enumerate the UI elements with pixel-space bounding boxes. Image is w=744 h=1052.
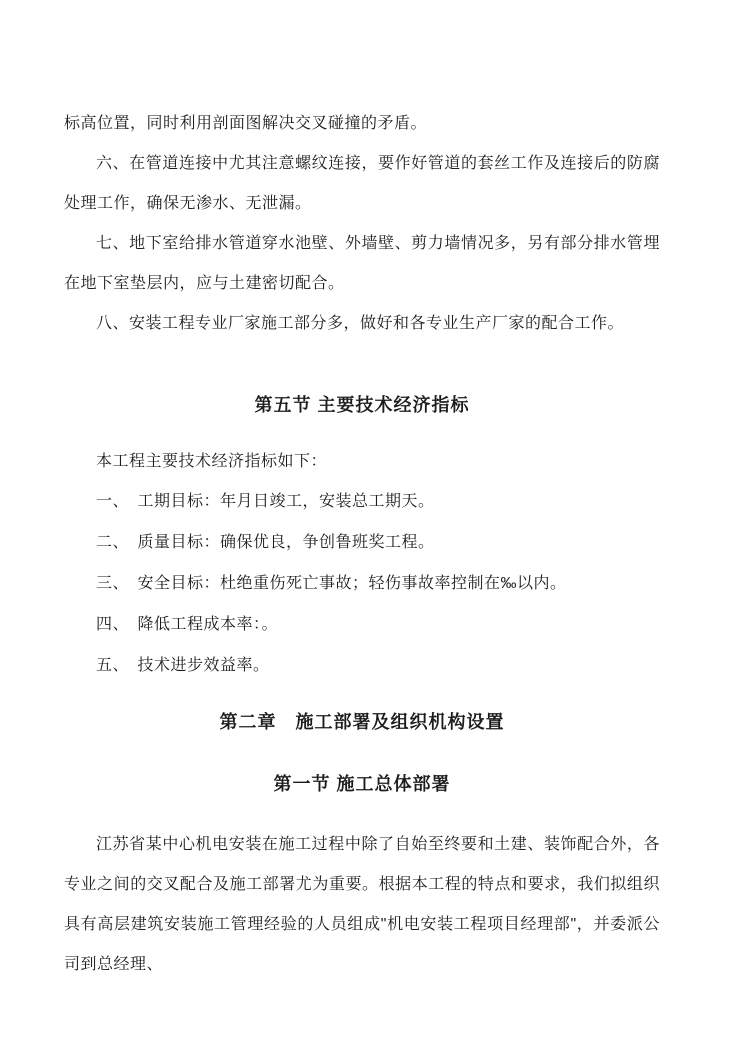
list-item-4: 四、 降低工程成本率：。 (64, 605, 660, 645)
paragraph-indicators-intro: 本工程主要技术经济指标如下： (64, 442, 660, 482)
paragraph-item-six: 六、在管道连接中尤其注意螺纹连接，要作好管道的套丝工作及连接后的防腐处理工作，确… (64, 144, 660, 224)
paragraph-deployment: 江苏省某中心机电安装在施工过程中除了自始至终要和土建、装饰配合外，各专业之间的交… (64, 825, 660, 985)
list-item-2: 二、 质量目标：确保优良，争创鲁班奖工程。 (64, 523, 660, 563)
paragraph-item-seven: 七、地下室给排水管道穿水池壁、外墙壁、剪力墙情况多，另有部分排水管埋在地下室垫层… (64, 224, 660, 304)
list-item-1: 一、 工期目标：年月日竣工，安装总工期天。 (64, 482, 660, 522)
document-page: 标高位置，同时利用剖面图解决交叉碰撞的矛盾。 六、在管道连接中尤其注意螺纹连接，… (0, 0, 744, 1052)
paragraph-item-eight: 八、安装工程专业厂家施工部分多，做好和各专业生产厂家的配合工作。 (64, 304, 660, 344)
section-heading-five: 第五节 主要技术经济指标 (64, 385, 660, 425)
paragraph-continuation: 标高位置，同时利用剖面图解决交叉碰撞的矛盾。 (64, 104, 660, 144)
list-item-3: 三、 安全目标：杜绝重伤死亡事故；轻伤事故率控制在‰以内。 (64, 564, 660, 604)
list-item-5: 五、 技术进步效益率。 (64, 646, 660, 686)
section-heading-one: 第一节 施工总体部署 (64, 764, 660, 804)
chapter-heading-two: 第二章 施工部署及组织机构设置 (64, 702, 660, 742)
